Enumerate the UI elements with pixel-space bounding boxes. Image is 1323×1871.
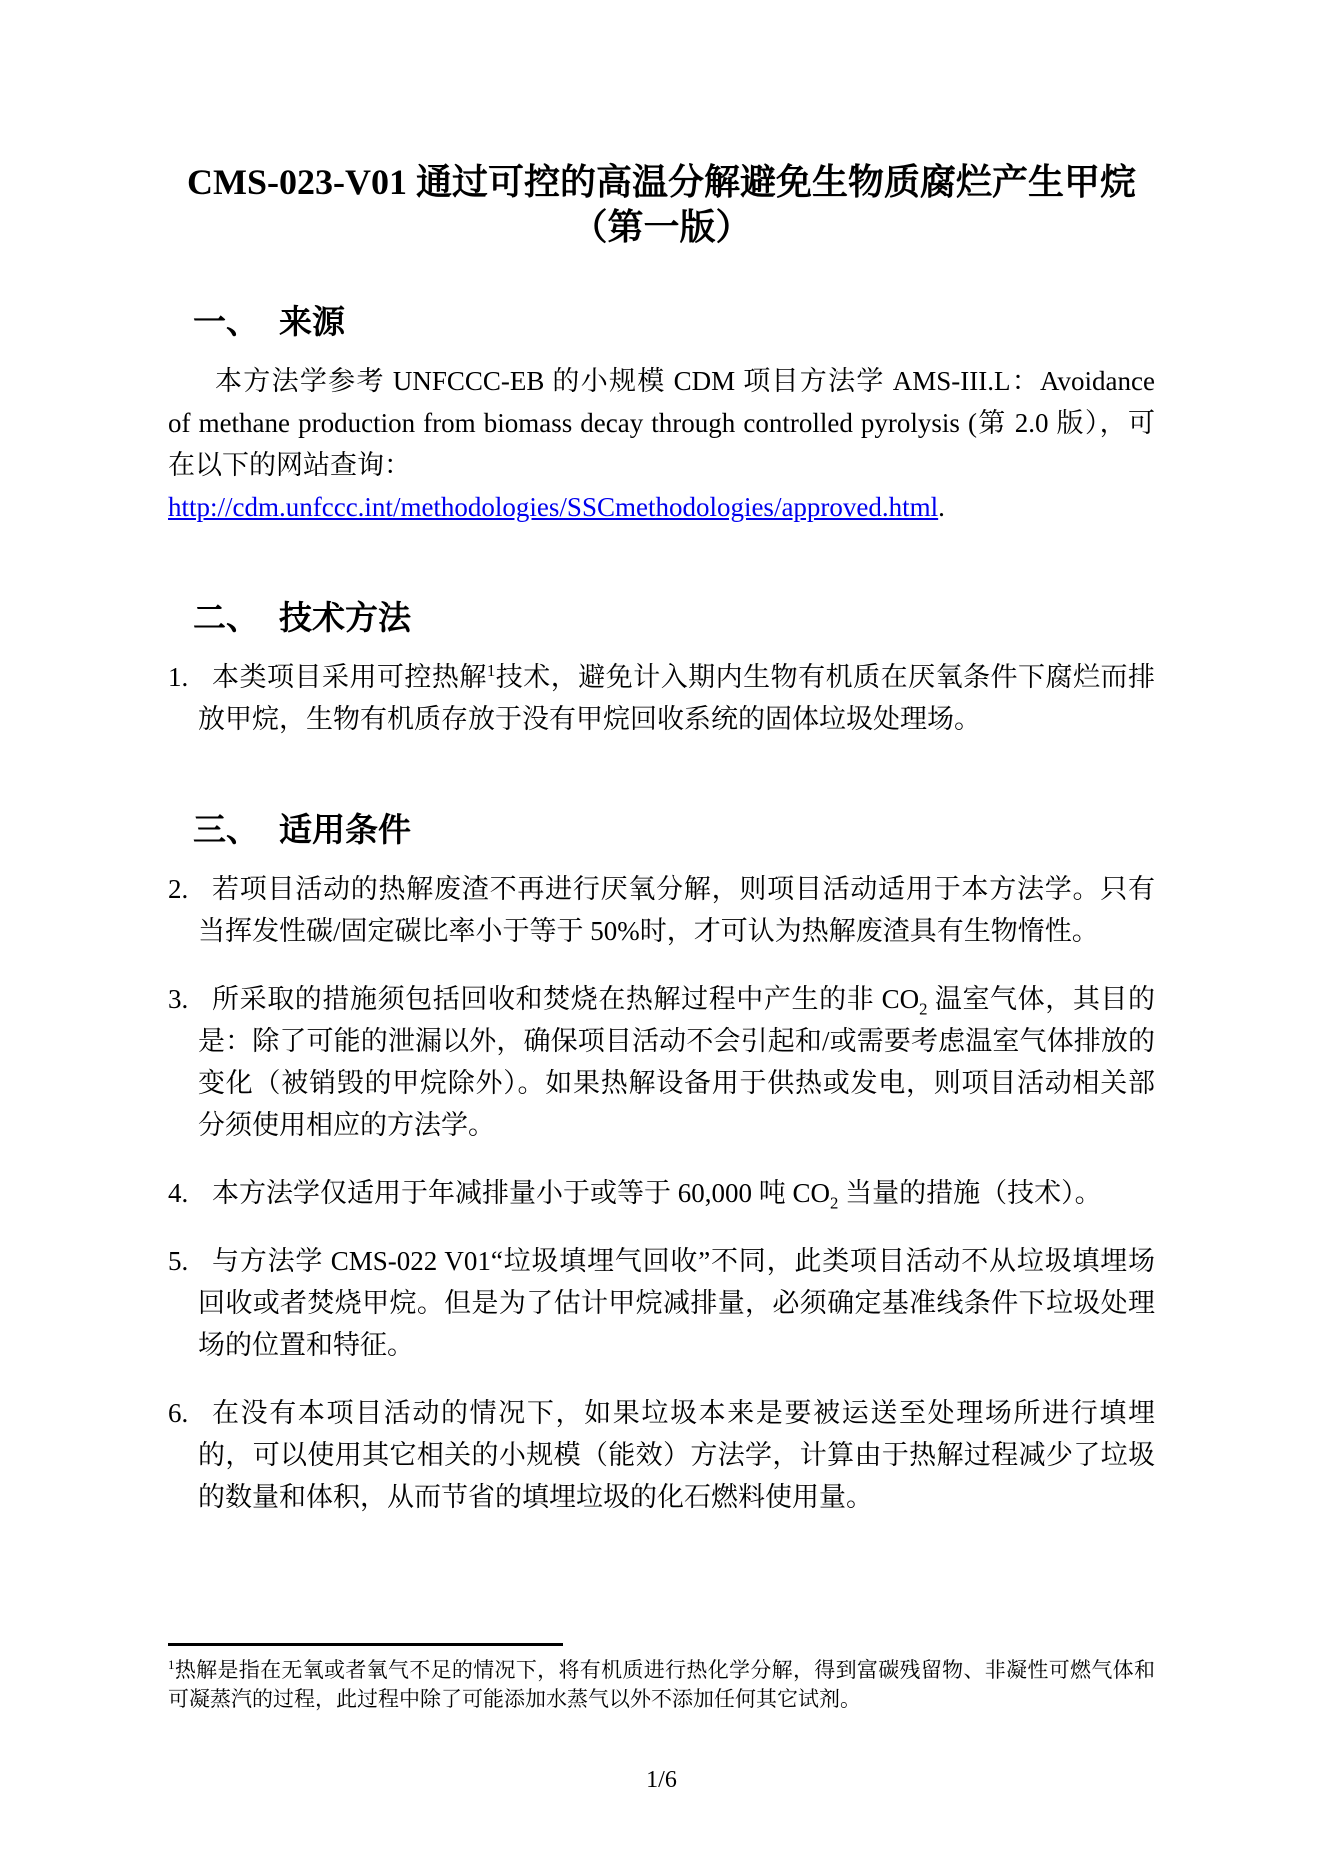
list-item-3: 3. 所采取的措施须包括回收和焚烧在热解过程中产生的非 CO2 温室气体，其目的… bbox=[168, 978, 1155, 1146]
document-title-line2: （第一版） bbox=[168, 205, 1155, 250]
item-4-pre: 本方法学仅适用于年减排量小于或等于 60,000 吨 CO bbox=[212, 1178, 830, 1208]
item-3-pre: 所采取的措施须包括回收和焚烧在热解过程中产生的非 CO bbox=[212, 984, 919, 1014]
document-title: CMS-023-V01 通过可控的高温分解避免生物质腐烂产生甲烷 （第一版） bbox=[168, 160, 1155, 250]
item-number-2: 2. bbox=[168, 868, 198, 910]
section-title-technical: 技术方法 bbox=[279, 601, 411, 637]
section-title-applicability: 适用条件 bbox=[279, 813, 411, 849]
footnote-text: 1热解是指在无氧或者氧气不足的情况下，将有机质进行热化学分解，得到富碳残留物、非… bbox=[168, 1656, 1155, 1714]
footnote-reference-superscript: 1 bbox=[487, 661, 495, 680]
section-heading-applicability: 三、适用条件 bbox=[193, 808, 1155, 854]
page-footer: 1/6 bbox=[0, 1763, 1323, 1797]
source-paragraph: 本方法学参考 UNFCCC-EB 的小规模 CDM 项目方法学 AMS-III.… bbox=[168, 360, 1155, 486]
list-item-5: 5. 与方法学 CMS-022 V01“垃圾填埋气回收”不同，此类项目活动不从垃… bbox=[168, 1240, 1155, 1366]
footnote-separator bbox=[168, 1643, 563, 1646]
section-heading-technical: 二、技术方法 bbox=[193, 596, 1155, 642]
document-title-line1: CMS-023-V01 通过可控的高温分解避免生物质腐烂产生甲烷 bbox=[168, 160, 1155, 205]
footnote-area: 1热解是指在无氧或者氧气不足的情况下，将有机质进行热化学分解，得到富碳残留物、非… bbox=[168, 1643, 1155, 1714]
item-number-5: 5. bbox=[168, 1240, 198, 1282]
item-text-4: 本方法学仅适用于年减排量小于或等于 60,000 吨 CO2 当量的措施（技术）… bbox=[198, 1172, 1155, 1214]
item-number-1: 1. bbox=[168, 656, 198, 698]
source-link-line: http://cdm.unfccc.int/methodologies/SSCm… bbox=[168, 486, 1155, 528]
document-page: CMS-023-V01 通过可控的高温分解避免生物质腐烂产生甲烷 （第一版） 一… bbox=[0, 0, 1323, 1871]
link-period: . bbox=[938, 492, 945, 522]
item-4-post: 当量的措施（技术）。 bbox=[838, 1178, 1101, 1208]
item-number-3: 3. bbox=[168, 978, 198, 1020]
item-text-2: 若项目活动的热解废渣不再进行厌氧分解，则项目活动适用于本方法学。只有当挥发性碳/… bbox=[198, 868, 1155, 952]
list-item-1: 1. 本类项目采用可控热解1技术，避免计入期内生物有机质在厌氧条件下腐烂而排放甲… bbox=[168, 656, 1155, 740]
item-number-6: 6. bbox=[168, 1392, 198, 1434]
item-number-4: 4. bbox=[168, 1172, 198, 1214]
item-1-pre: 本类项目采用可控热解 bbox=[212, 662, 487, 692]
item-text-5: 与方法学 CMS-022 V01“垃圾填埋气回收”不同，此类项目活动不从垃圾填埋… bbox=[198, 1240, 1155, 1366]
page-number: 1/6 bbox=[646, 1767, 677, 1793]
section-title-source: 来源 bbox=[279, 305, 345, 341]
document-content: CMS-023-V01 通过可控的高温分解避免生物质腐烂产生甲烷 （第一版） 一… bbox=[168, 0, 1155, 1544]
section-number-source: 一、 bbox=[193, 305, 259, 341]
section-number-technical: 二、 bbox=[193, 601, 259, 637]
methodology-link[interactable]: http://cdm.unfccc.int/methodologies/SSCm… bbox=[168, 492, 938, 522]
footnote-body: 热解是指在无氧或者氧气不足的情况下，将有机质进行热化学分解，得到富碳残留物、非凝… bbox=[168, 1658, 1155, 1711]
co2-subscript: 2 bbox=[919, 999, 927, 1018]
list-item-2: 2. 若项目活动的热解废渣不再进行厌氧分解，则项目活动适用于本方法学。只有当挥发… bbox=[168, 868, 1155, 952]
item-text-6: 在没有本项目活动的情况下，如果垃圾本来是要被运送至处理场所进行填埋的，可以使用其… bbox=[198, 1392, 1155, 1518]
list-item-4: 4. 本方法学仅适用于年减排量小于或等于 60,000 吨 CO2 当量的措施（… bbox=[168, 1172, 1155, 1214]
list-item-6: 6. 在没有本项目活动的情况下，如果垃圾本来是要被运送至处理场所进行填埋的，可以… bbox=[168, 1392, 1155, 1518]
section-number-applicability: 三、 bbox=[193, 813, 259, 849]
item-text-1: 本类项目采用可控热解1技术，避免计入期内生物有机质在厌氧条件下腐烂而排放甲烷，生… bbox=[198, 656, 1155, 740]
item-text-3: 所采取的措施须包括回收和焚烧在热解过程中产生的非 CO2 温室气体，其目的是：除… bbox=[198, 978, 1155, 1146]
source-paragraph-text: 本方法学参考 UNFCCC-EB 的小规模 CDM 项目方法学 AMS-III.… bbox=[168, 366, 1155, 480]
section-heading-source: 一、来源 bbox=[193, 300, 1155, 346]
